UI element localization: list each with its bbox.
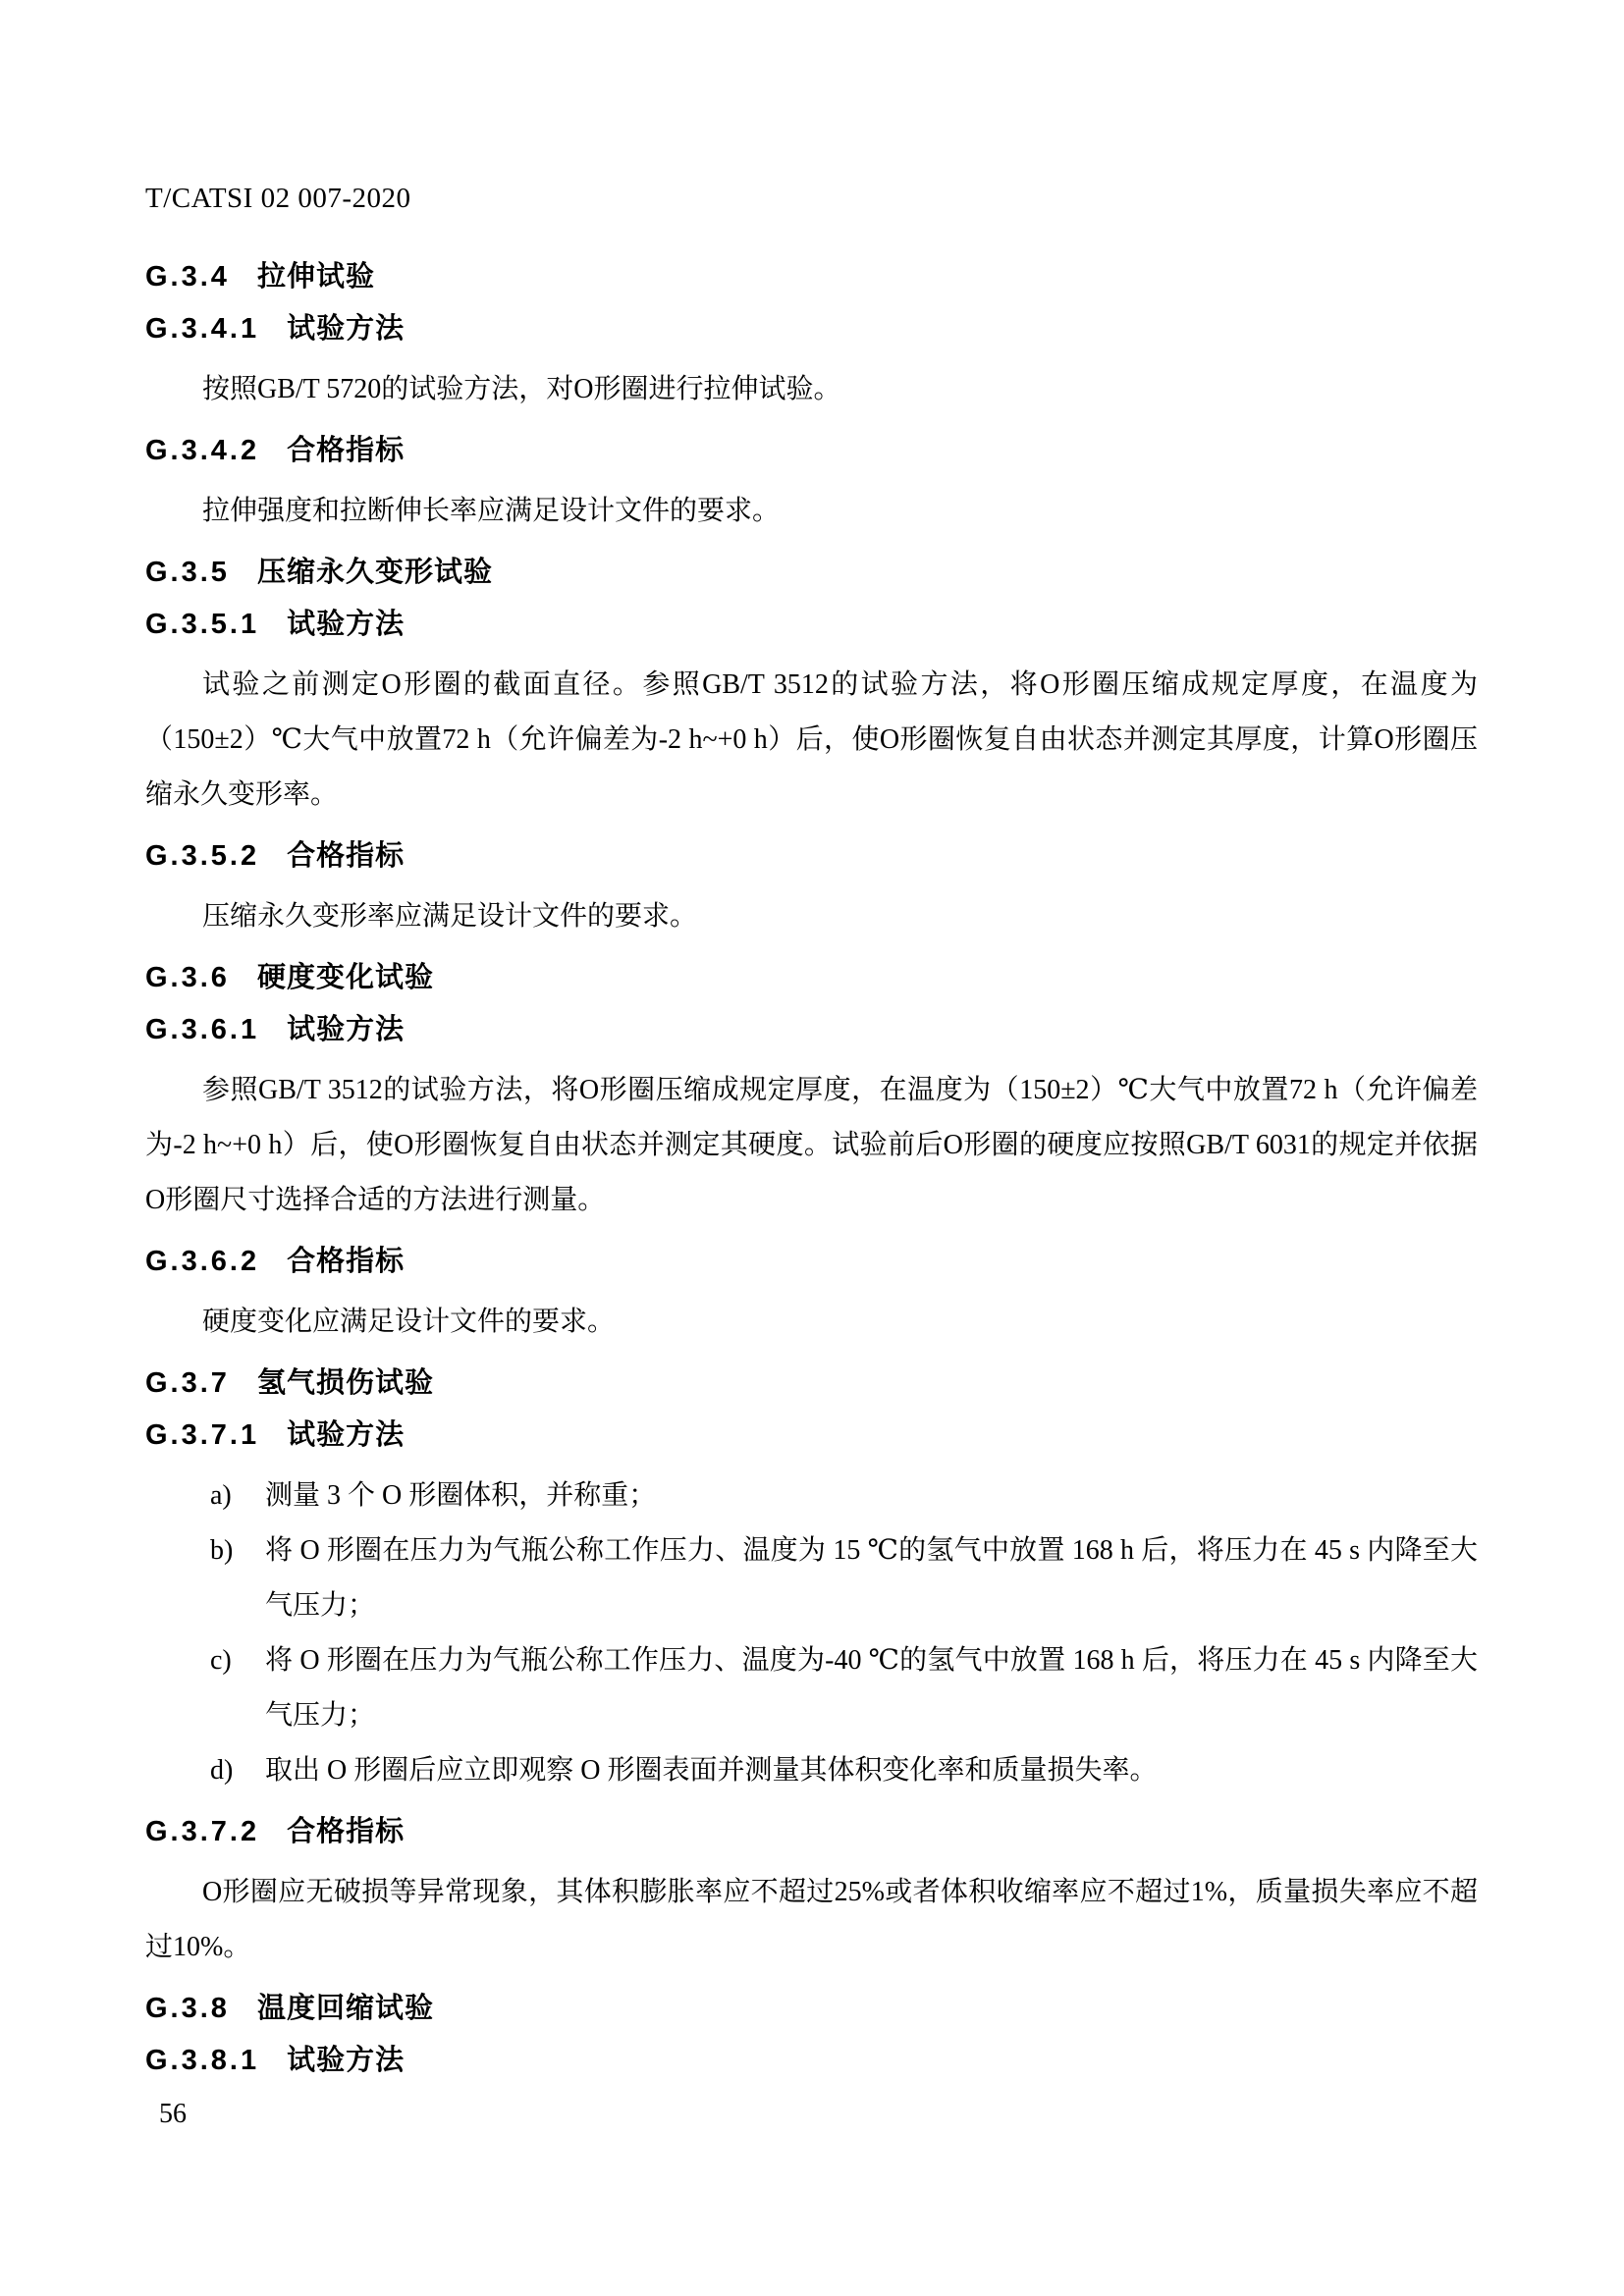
paragraph: 压缩永久变形率应满足设计文件的要求。 [145,889,1478,944]
section-heading-G.3.4.1: G.3.4.1试验方法 [145,310,1478,347]
heading-number: G.3.7.2 [145,1816,259,1847]
section-heading-G.3.7.2: G.3.7.2合格指标 [145,1813,1478,1850]
heading-number: G.3.6.2 [145,1246,259,1277]
list-marker: c) [210,1633,265,1688]
heading-number: G.3.5.1 [145,609,259,640]
heading-number: G.3.5.2 [145,840,259,872]
heading-number: G.3.7 [145,1367,230,1399]
list-item-b: b)将 O 形圈在压力为气瓶公称工作压力、温度为 15 ℃的氢气中放置 168 … [145,1523,1478,1633]
section-heading-G.3.7: G.3.7氢气损伤试验 [145,1364,1478,1402]
section-heading-G.3.4: G.3.4拉伸试验 [145,258,1478,295]
heading-title: 合格指标 [287,1816,405,1847]
document-page: T/CATSI 02 007-2020 G.3.4拉伸试验G.3.4.1试验方法… [0,0,1624,2296]
list-marker: a) [210,1468,265,1523]
heading-number: G.3.6 [145,962,230,993]
heading-number: G.3.8.1 [145,2045,259,2076]
heading-title: 合格指标 [287,840,405,872]
list-item-text: 将 O 形圈在压力为气瓶公称工作压力、温度为 15 ℃的氢气中放置 168 h … [265,1523,1478,1633]
list-item-text: 测量 3 个 O 形圈体积，并称重； [265,1468,1478,1523]
section-heading-G.3.6.2: G.3.6.2合格指标 [145,1243,1478,1280]
paragraph: O形圈应无破损等异常现象，其体积膨胀率应不超过25%或者体积收缩率应不超过1%，… [145,1865,1478,1975]
heading-title: 合格指标 [287,1246,405,1277]
heading-title: 试验方法 [287,609,405,640]
heading-number: G.3.7.1 [145,1419,259,1451]
page-number: 56 [159,2099,1478,2130]
section-heading-G.3.6: G.3.6硬度变化试验 [145,959,1478,996]
section-heading-G.3.7.1: G.3.7.1试验方法 [145,1416,1478,1454]
heading-title: 硬度变化试验 [257,962,434,993]
paragraph: 拉伸强度和拉断伸长率应满足设计文件的要求。 [145,484,1478,539]
heading-title: 试验方法 [287,2045,405,2076]
section-heading-G.3.5.1: G.3.5.1试验方法 [145,606,1478,643]
paragraph: 硬度变化应满足设计文件的要求。 [145,1295,1478,1350]
paragraph: 按照GB/T 5720的试验方法，对O形圈进行拉伸试验。 [145,362,1478,417]
paragraph: 试验之前测定O形圈的截面直径。参照GB/T 3512的试验方法，将O形圈压缩成规… [145,658,1478,823]
standard-number-header: T/CATSI 02 007-2020 [145,182,1478,215]
heading-number: G.3.6.1 [145,1014,259,1045]
heading-title: 温度回缩试验 [257,1993,434,2024]
section-heading-G.3.5.2: G.3.5.2合格指标 [145,837,1478,875]
heading-number: G.3.4 [145,261,230,293]
list-marker: d) [210,1743,265,1798]
section-heading-G.3.4.2: G.3.4.2合格指标 [145,432,1478,469]
list-item-a: a)测量 3 个 O 形圈体积，并称重； [145,1468,1478,1523]
section-heading-G.3.8.1: G.3.8.1试验方法 [145,2042,1478,2079]
heading-title: 压缩永久变形试验 [257,557,493,588]
paragraph: 参照GB/T 3512的试验方法，将O形圈压缩成规定厚度，在温度为（150±2）… [145,1063,1478,1228]
heading-title: 试验方法 [287,313,405,345]
document-body: G.3.4拉伸试验G.3.4.1试验方法按照GB/T 5720的试验方法，对O形… [145,258,1478,2079]
list-item-d: d)取出 O 形圈后应立即观察 O 形圈表面并测量其体积变化率和质量损失率。 [145,1743,1478,1798]
heading-number: G.3.8 [145,1993,230,2024]
heading-title: 试验方法 [287,1014,405,1045]
section-heading-G.3.8: G.3.8温度回缩试验 [145,1990,1478,2027]
heading-title: 拉伸试验 [257,261,375,293]
list-item-text: 将 O 形圈在压力为气瓶公称工作压力、温度为-40 ℃的氢气中放置 168 h … [265,1633,1478,1743]
heading-number: G.3.4.2 [145,435,259,466]
heading-title: 合格指标 [287,435,405,466]
section-heading-G.3.6.1: G.3.6.1试验方法 [145,1011,1478,1048]
list-item-text: 取出 O 形圈后应立即观察 O 形圈表面并测量其体积变化率和质量损失率。 [265,1743,1478,1798]
lettered-list: a)测量 3 个 O 形圈体积，并称重；b)将 O 形圈在压力为气瓶公称工作压力… [145,1468,1478,1798]
heading-title: 试验方法 [287,1419,405,1451]
list-item-c: c)将 O 形圈在压力为气瓶公称工作压力、温度为-40 ℃的氢气中放置 168 … [145,1633,1478,1743]
heading-number: G.3.5 [145,557,230,588]
heading-title: 氢气损伤试验 [257,1367,434,1399]
heading-number: G.3.4.1 [145,313,259,345]
section-heading-G.3.5: G.3.5压缩永久变形试验 [145,554,1478,591]
list-marker: b) [210,1523,265,1578]
